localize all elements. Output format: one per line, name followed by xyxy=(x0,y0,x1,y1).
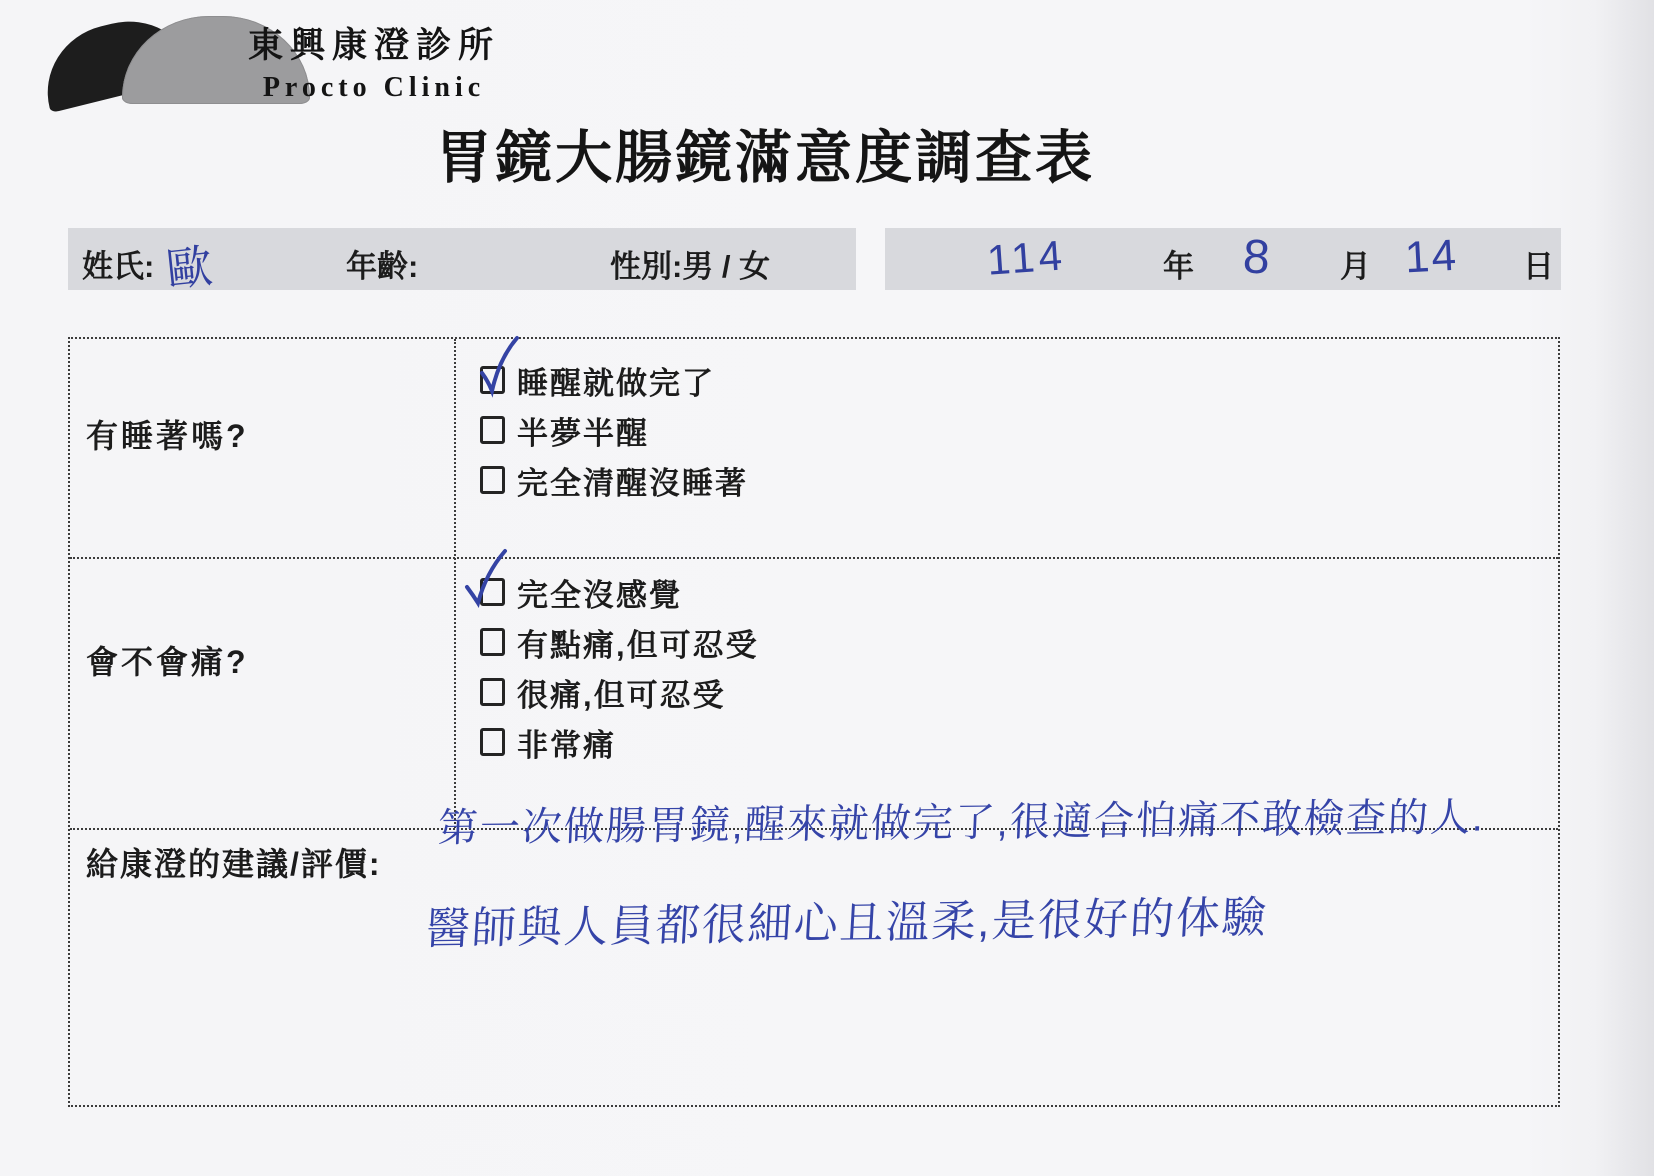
option-label: 很痛,但可忍受 xyxy=(517,670,726,715)
clinic-name-en: Procto Clinic xyxy=(248,72,500,104)
name-label: 姓氏: xyxy=(82,241,154,286)
option-label: 半夢半醒 xyxy=(517,408,649,453)
option-label: 完全沒感覺 xyxy=(517,570,682,615)
checkbox-icon xyxy=(480,728,505,756)
comment-handwritten-line-1: 第一次做腸胃鏡,醒來就做完了,很適合怕痛不敢檢查的人. xyxy=(437,786,1487,854)
comment-handwritten-line-2: 醫師與人員都很細心且溫柔,是很好的体驗 xyxy=(424,881,1270,957)
clinic-logo xyxy=(40,12,270,97)
comments-label: 給康澄的建議/評價: xyxy=(86,839,382,885)
checkmark-icon xyxy=(463,545,511,611)
option-extreme-pain: 非常痛 xyxy=(480,717,759,767)
survey-form-page: 東興康澄診所 Procto Clinic 胃鏡大腸鏡滿意度調查表 姓氏: 歐 年… xyxy=(0,0,1654,1176)
option-no-feeling: 完全沒感覺 xyxy=(480,567,759,617)
gender-label: 性別:男 / 女 xyxy=(610,241,770,286)
checkbox-icon xyxy=(480,678,505,706)
checkbox-icon xyxy=(480,628,505,656)
option-half-awake: 半夢半醒 xyxy=(480,405,748,455)
option-fully-awake: 完全清醒沒睡著 xyxy=(480,455,748,505)
name-handwritten-value: 歐 xyxy=(163,230,214,300)
form-title: 胃鏡大腸鏡滿意度調查表 xyxy=(435,112,1095,194)
clinic-name-zh: 東興康澄診所 xyxy=(248,18,500,68)
checkbox-icon xyxy=(480,416,505,444)
question-pain-label: 會不會痛? xyxy=(86,637,249,683)
option-very-pain-bearable: 很痛,但可忍受 xyxy=(480,667,759,717)
year-handwritten-value: 114 xyxy=(985,231,1067,284)
day-label: 日 xyxy=(1523,241,1554,286)
option-label: 非常痛 xyxy=(517,720,616,765)
clinic-name-block: 東興康澄診所 Procto Clinic xyxy=(248,18,500,104)
question-sleep-label: 有睡著嗎? xyxy=(86,411,249,457)
option-sleep-done: 睡醒就做完了 xyxy=(480,355,748,405)
month-handwritten-value: 8 xyxy=(1242,229,1272,285)
year-label: 年 xyxy=(1163,241,1194,286)
scan-edge-shadow xyxy=(1595,0,1654,1176)
survey-table: 有睡著嗎? 睡醒就做完了 半夢半醒 xyxy=(68,337,1560,1107)
date-bar: 114 年 8 月 14 日 xyxy=(885,228,1561,290)
option-label: 完全清醒沒睡著 xyxy=(517,458,748,503)
age-label: 年齡: xyxy=(346,241,418,286)
option-slight-pain: 有點痛,但可忍受 xyxy=(480,617,759,667)
checkbox-icon xyxy=(480,466,505,494)
question-pain-options: 完全沒感覺 有點痛,但可忍受 很痛,但可忍受 xyxy=(480,567,759,767)
checkbox-icon xyxy=(480,366,505,394)
column-divider xyxy=(454,339,456,828)
day-handwritten-value: 14 xyxy=(1404,231,1459,284)
month-label: 月 xyxy=(1340,241,1371,286)
identity-bar: 姓氏: 歐 年齡: 性別:男 / 女 xyxy=(68,228,856,290)
option-label: 有點痛,但可忍受 xyxy=(517,620,759,665)
option-label: 睡醒就做完了 xyxy=(517,358,715,403)
question-sleep-options: 睡醒就做完了 半夢半醒 完全清醒沒睡著 xyxy=(480,355,748,505)
row-divider-1 xyxy=(70,557,1558,559)
checkbox-icon xyxy=(480,578,505,606)
